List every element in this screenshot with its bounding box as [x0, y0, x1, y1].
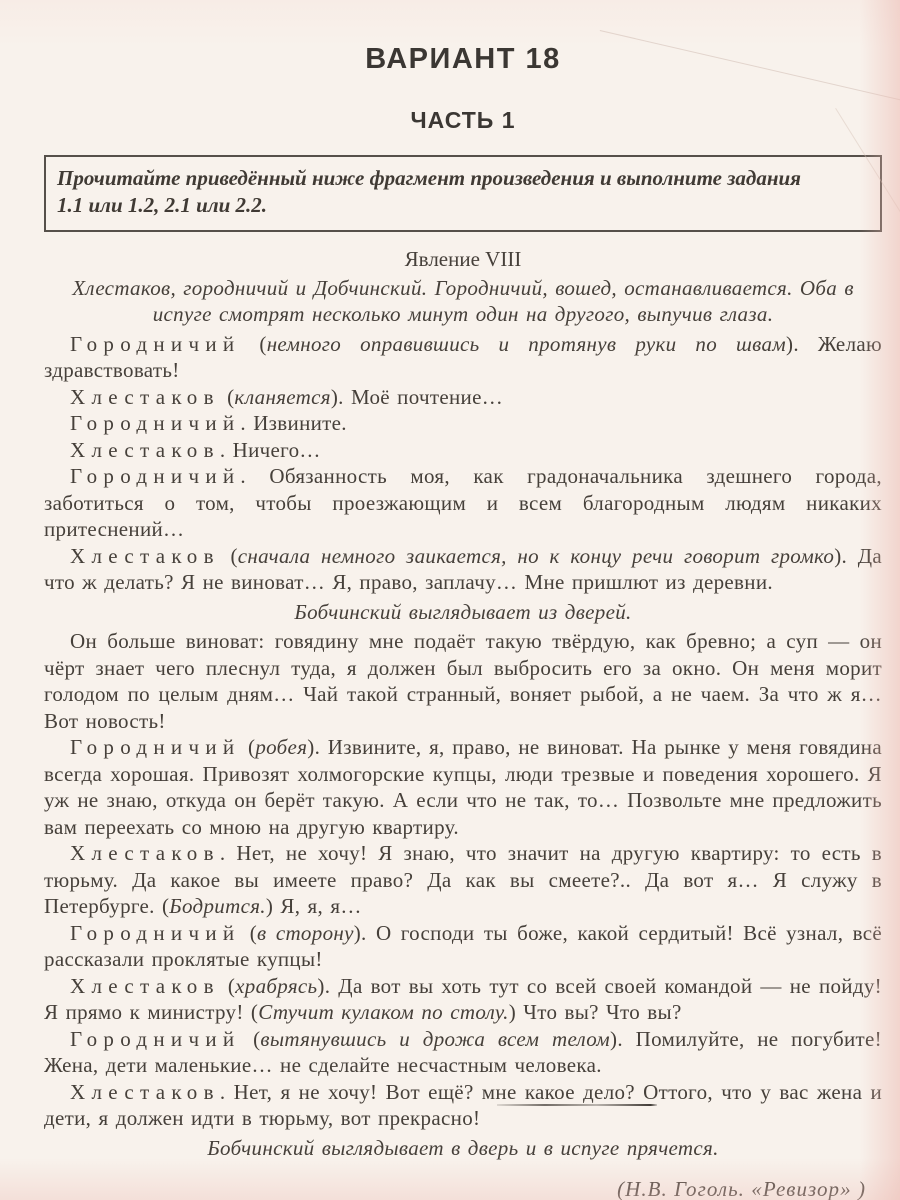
- character-name: Хлестаков: [70, 438, 220, 462]
- dialog-line: Он больше виноват: говядину мне подаёт т…: [44, 628, 882, 734]
- part-title: ЧАСТЬ 1: [44, 107, 882, 134]
- dialog-line: Городничий (немного оправившись и протян…: [44, 331, 882, 384]
- character-name: Городничий: [70, 921, 240, 945]
- character-name: Городничий: [70, 1027, 240, 1051]
- dialog-line: Хлестаков (кланяется). Моё почтение…: [44, 384, 882, 411]
- instruction-line: Прочитайте приведённый ниже фрагмент про…: [57, 165, 869, 192]
- dialog-line: Городничий (робея). Извините, я, право, …: [44, 734, 882, 840]
- character-name: Хлестаков: [70, 544, 220, 568]
- variant-title: ВАРИАНТ 18: [44, 0, 882, 76]
- instruction-box: Прочитайте приведённый ниже фрагмент про…: [44, 155, 882, 232]
- stage-direction: Бобчинский выглядывает из дверей.: [44, 599, 882, 626]
- instruction-line: 1.1 или 1.2, 2.1 или 2.2.: [57, 192, 869, 219]
- instruction-text: Прочитайте приведённый ниже фрагмент про…: [57, 165, 869, 220]
- scanned-exam-page: ВАРИАНТ 18 ЧАСТЬ 1 Прочитайте приведённы…: [0, 0, 900, 1200]
- stage-direction: Бобчинский выглядывает в дверь и в испуг…: [44, 1135, 882, 1162]
- dialog-line: Хлестаков. Нет, я не хочу! Вот ещё? мне …: [44, 1079, 882, 1132]
- dialog-line: Хлестаков (храбрясь). Да вот вы хоть тут…: [44, 973, 882, 1026]
- play-text: Хлестаков, городничий и Добчинский. Горо…: [44, 275, 882, 1162]
- attribution: (Н.В. Гоголь. «Ревизор» ): [44, 1177, 882, 1200]
- dialog-line: Хлестаков. Нет, не хочу! Я знаю, что зна…: [44, 840, 882, 920]
- dialog-line: Городничий (в сторону). О господи ты бож…: [44, 920, 882, 973]
- character-name: Хлестаков: [70, 385, 220, 409]
- character-name: Городничий: [70, 464, 240, 488]
- character-name: Хлестаков: [70, 1080, 220, 1104]
- character-name: Городничий: [70, 411, 240, 435]
- dialog-line: Городничий (вытянувшись и дрожа всем тел…: [44, 1026, 882, 1079]
- dialog-line: Хлестаков (сначала немного заикается, но…: [44, 543, 882, 596]
- character-name: Хлестаков: [70, 841, 220, 865]
- dialog-line: Городничий. Извините.: [44, 410, 882, 437]
- character-name: Хлестаков: [70, 974, 220, 998]
- page-content: ВАРИАНТ 18 ЧАСТЬ 1 Прочитайте приведённы…: [0, 0, 900, 1200]
- scan-artifact-line: [497, 1104, 657, 1106]
- scene-heading: Явление VIII: [44, 247, 882, 272]
- dialog-line: Хлестаков. Ничего…: [44, 437, 882, 464]
- stage-direction: Хлестаков, городничий и Добчинский. Горо…: [44, 275, 882, 328]
- dialog-line: Городничий. Обязанность моя, как градона…: [44, 463, 882, 543]
- character-name: Городничий: [70, 735, 240, 759]
- character-name: Городничий: [70, 332, 240, 356]
